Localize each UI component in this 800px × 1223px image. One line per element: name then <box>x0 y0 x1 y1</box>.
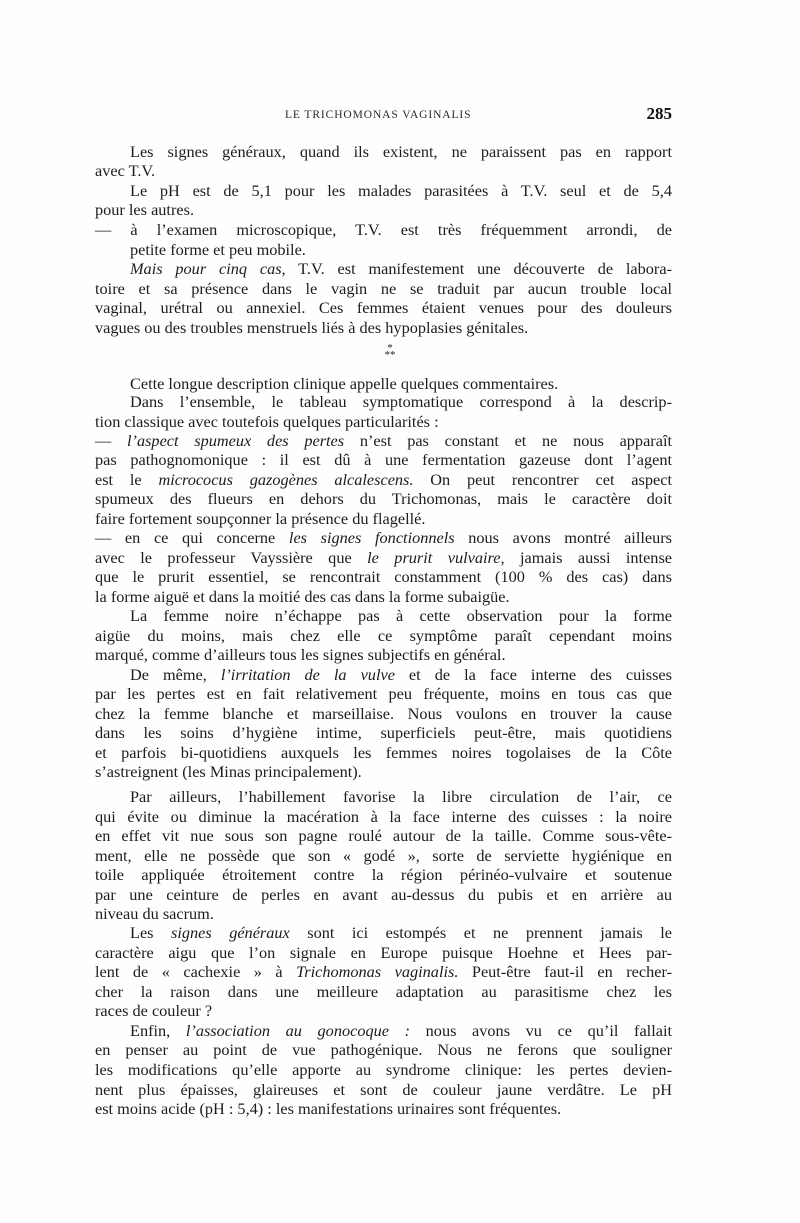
text-run: Le pH est de 5,1 pour les malades parasi… <box>130 181 672 200</box>
text-run: avec le professeur Vayssière que <box>95 548 367 567</box>
text-line: vaginal, urétral ou annexiel. Ces femmes… <box>95 298 672 318</box>
text-line: les modifications qu’elle apporte au syn… <box>95 1060 672 1080</box>
text-line: races de couleur ? <box>95 1001 672 1021</box>
text-run: les modifications qu’elle apporte au syn… <box>95 1060 672 1079</box>
text-run: s’astreignent (les Minas principalement)… <box>95 762 362 781</box>
text-run: Cette longue description clinique appell… <box>130 374 558 393</box>
italic-phrase: l’aspect spumeux des pertes <box>127 431 344 450</box>
text-line: en penser au point de vue pathogénique. … <box>95 1040 672 1060</box>
running-title: LE TRICHOMONAS VAGINALIS <box>285 105 471 125</box>
text-run: De même, <box>130 665 221 684</box>
text-line: avec T.V. <box>95 161 672 181</box>
text-line: toire et sa présence dans le vagin ne se… <box>95 279 672 299</box>
text-run: T.V. est manifestement une découverte de… <box>286 259 672 278</box>
text-line: en effet vit nue sous son pagne roulé au… <box>95 826 672 846</box>
book-page: LE TRICHOMONAS VAGINALIS 285 * ** Les si… <box>0 0 800 1223</box>
text-line: faire fortement soupçonner la présence d… <box>95 509 672 529</box>
text-run: la forme aiguë et dans la moitié des cas… <box>95 587 510 606</box>
text-line: est moins acide (pH : 5,4) : les manifes… <box>95 1099 672 1119</box>
italic-phrase: l’association au gonocoque : <box>186 1021 410 1040</box>
text-line: par les pertes est en fait relativement … <box>95 684 672 704</box>
text-line: toile appliquée étroitement contre la ré… <box>95 865 672 885</box>
text-run: cher la raison dans une meilleure adapta… <box>95 982 672 1001</box>
text-line: pour les autres. <box>95 200 672 220</box>
text-run: vaginal, urétral ou annexiel. Ces femmes… <box>95 298 672 317</box>
text-run: sont ici estompés et ne prennent jamais … <box>290 923 672 942</box>
text-run: — <box>95 431 127 450</box>
text-line: tion classique avec toutefois quelques p… <box>95 412 672 432</box>
text-line: Par ailleurs, l’habillement favorise la … <box>130 787 672 807</box>
text-line: cher la raison dans une meilleure adapta… <box>95 982 672 1002</box>
text-line: aigüe du moins, mais chez elle ce symptô… <box>95 626 672 646</box>
text-run: aigüe du moins, mais chez elle ce symptô… <box>95 626 672 645</box>
text-line: Mais pour cinq cas, T.V. est manifesteme… <box>130 259 672 279</box>
text-run: On peut rencontrer cet aspect <box>413 470 672 489</box>
text-run: nous avons vu ce qu’il fallait <box>410 1021 672 1040</box>
text-line: Dans l’ensemble, le tableau symptomatiqu… <box>130 392 672 412</box>
text-line: ment, elle ne possède que son « godé », … <box>95 846 672 866</box>
text-line: — en ce qui concerne les signes fonction… <box>95 528 672 548</box>
text-run: toire et sa présence dans le vagin ne se… <box>95 279 672 298</box>
text-run: races de couleur ? <box>95 1001 212 1020</box>
text-line: dans les soins d’hygiène intime, superfi… <box>95 723 672 743</box>
italic-phrase: Mais pour cinq cas, <box>130 259 286 278</box>
text-run: par une ceinture de perles en avant au-d… <box>95 885 672 904</box>
text-line: Cette longue description clinique appell… <box>130 374 672 394</box>
text-line: lent de « cachexie » à Trichomonas vagin… <box>95 962 672 982</box>
text-run: nous avons montré ailleurs <box>455 528 672 547</box>
text-run: La femme noire n’échappe pas à cette obs… <box>130 606 672 625</box>
text-line: niveau du sacrum. <box>95 904 672 924</box>
text-run: — à l’examen microscopique, T.V. est trè… <box>95 220 672 239</box>
text-run: Les <box>130 923 171 942</box>
text-run: faire fortement soupçonner la présence d… <box>95 509 425 528</box>
text-run: caractère aigu que l’on signale en Europ… <box>95 943 672 962</box>
text-run: — en ce qui concerne <box>95 528 289 547</box>
text-line: marqué, comme d’ailleurs tous les signes… <box>95 645 672 665</box>
text-run: est moins acide (pH : 5,4) : les manifes… <box>95 1099 561 1118</box>
text-line: — l’aspect spumeux des pertes n’est pas … <box>95 431 672 451</box>
text-line: vagues ou des troubles menstruels liés à… <box>95 318 672 338</box>
text-run: que le prurit essentiel, se rencontrait … <box>95 567 672 586</box>
text-line: petite forme et peu mobile. <box>130 240 672 260</box>
text-line: — à l’examen microscopique, T.V. est trè… <box>95 220 672 240</box>
text-run: et parfois bi-quotidiens auxquels les fe… <box>95 743 672 762</box>
text-run: vagues ou des troubles menstruels liés à… <box>95 318 528 337</box>
text-run: nent plus épaisses, glaireuses et sont d… <box>95 1080 672 1099</box>
text-run: toile appliquée étroitement contre la ré… <box>95 865 672 884</box>
text-run: en penser au point de vue pathogénique. … <box>95 1040 672 1059</box>
text-run: Par ailleurs, l’habillement favorise la … <box>130 787 672 806</box>
text-run: niveau du sacrum. <box>95 904 214 923</box>
text-run: qui évite ou diminue la macération à la … <box>95 807 672 826</box>
text-run: tion classique avec toutefois quelques p… <box>95 412 439 431</box>
text-line: pas pathognomonique : il est dû à une fe… <box>95 450 672 470</box>
asterism-section-break: * ** <box>380 345 400 359</box>
asterism-bottom: ** <box>380 352 400 359</box>
italic-phrase: micrococus gazogènes alcalescens. <box>158 470 413 489</box>
text-line: et parfois bi-quotidiens auxquels les fe… <box>95 743 672 763</box>
text-run: est le <box>95 470 158 489</box>
text-run: marqué, comme d’ailleurs tous les signes… <box>95 645 506 664</box>
text-line: caractère aigu que l’on signale en Europ… <box>95 943 672 963</box>
text-line: spumeux des flueurs en dehors du Trichom… <box>95 489 672 509</box>
text-run: pas pathognomonique : il est dû à une fe… <box>95 450 672 469</box>
text-line: Enfin, l’association au gonocoque : nous… <box>130 1021 672 1041</box>
text-line: par une ceinture de perles en avant au-d… <box>95 885 672 905</box>
text-run: Dans l’ensemble, le tableau symptomatiqu… <box>130 392 672 411</box>
italic-phrase: le prurit vulvaire, <box>367 548 504 567</box>
text-line: est le micrococus gazogènes alcalescens.… <box>95 470 672 490</box>
italic-phrase: Trichomonas vaginalis. <box>296 962 458 981</box>
text-line: La femme noire n’échappe pas à cette obs… <box>130 606 672 626</box>
text-line: nent plus épaisses, glaireuses et sont d… <box>95 1080 672 1100</box>
text-line: Les signes généraux, quand ils existent,… <box>130 142 672 162</box>
text-line: que le prurit essentiel, se rencontrait … <box>95 567 672 587</box>
italic-phrase: les signes fonctionnels <box>289 528 455 547</box>
text-run: Peut-être faut-il en recher- <box>458 962 672 981</box>
text-run: ment, elle ne possède que son « godé », … <box>95 846 672 865</box>
text-run: par les pertes est en fait relativement … <box>95 684 672 703</box>
text-run: pour les autres. <box>95 200 194 219</box>
text-run: spumeux des flueurs en dehors du Trichom… <box>95 489 672 508</box>
text-run: lent de « cachexie » à <box>95 962 296 981</box>
text-line: Les signes généraux sont ici estompés et… <box>130 923 672 943</box>
text-run: et de la face interne des cuisses <box>395 665 672 684</box>
text-run: chez la femme blanche et marseillaise. N… <box>95 704 672 723</box>
text-line: Le pH est de 5,1 pour les malades parasi… <box>130 181 672 201</box>
text-run: petite forme et peu mobile. <box>130 240 306 259</box>
text-run: dans les soins d’hygiène intime, superfi… <box>95 723 672 742</box>
text-line: la forme aiguë et dans la moitié des cas… <box>95 587 672 607</box>
text-run: n’est pas constant et ne nous apparaît <box>344 431 672 450</box>
text-run: avec T.V. <box>95 161 155 180</box>
running-head: LE TRICHOMONAS VAGINALIS 285 <box>95 105 672 125</box>
page-number: 285 <box>647 104 673 124</box>
text-line: avec le professeur Vayssière que le prur… <box>95 548 672 568</box>
text-run: jamais aussi intense <box>505 548 672 567</box>
text-run: Enfin, <box>130 1021 186 1040</box>
text-line: De même, l’irritation de la vulve et de … <box>130 665 672 685</box>
text-line: qui évite ou diminue la macération à la … <box>95 807 672 827</box>
text-run: Les signes généraux, quand ils existent,… <box>130 142 672 161</box>
text-line: s’astreignent (les Minas principalement)… <box>95 762 672 782</box>
text-run: en effet vit nue sous son pagne roulé au… <box>95 826 672 845</box>
text-line: chez la femme blanche et marseillaise. N… <box>95 704 672 724</box>
italic-phrase: l’irritation de la vulve <box>221 665 395 684</box>
italic-phrase: signes généraux <box>171 923 290 942</box>
